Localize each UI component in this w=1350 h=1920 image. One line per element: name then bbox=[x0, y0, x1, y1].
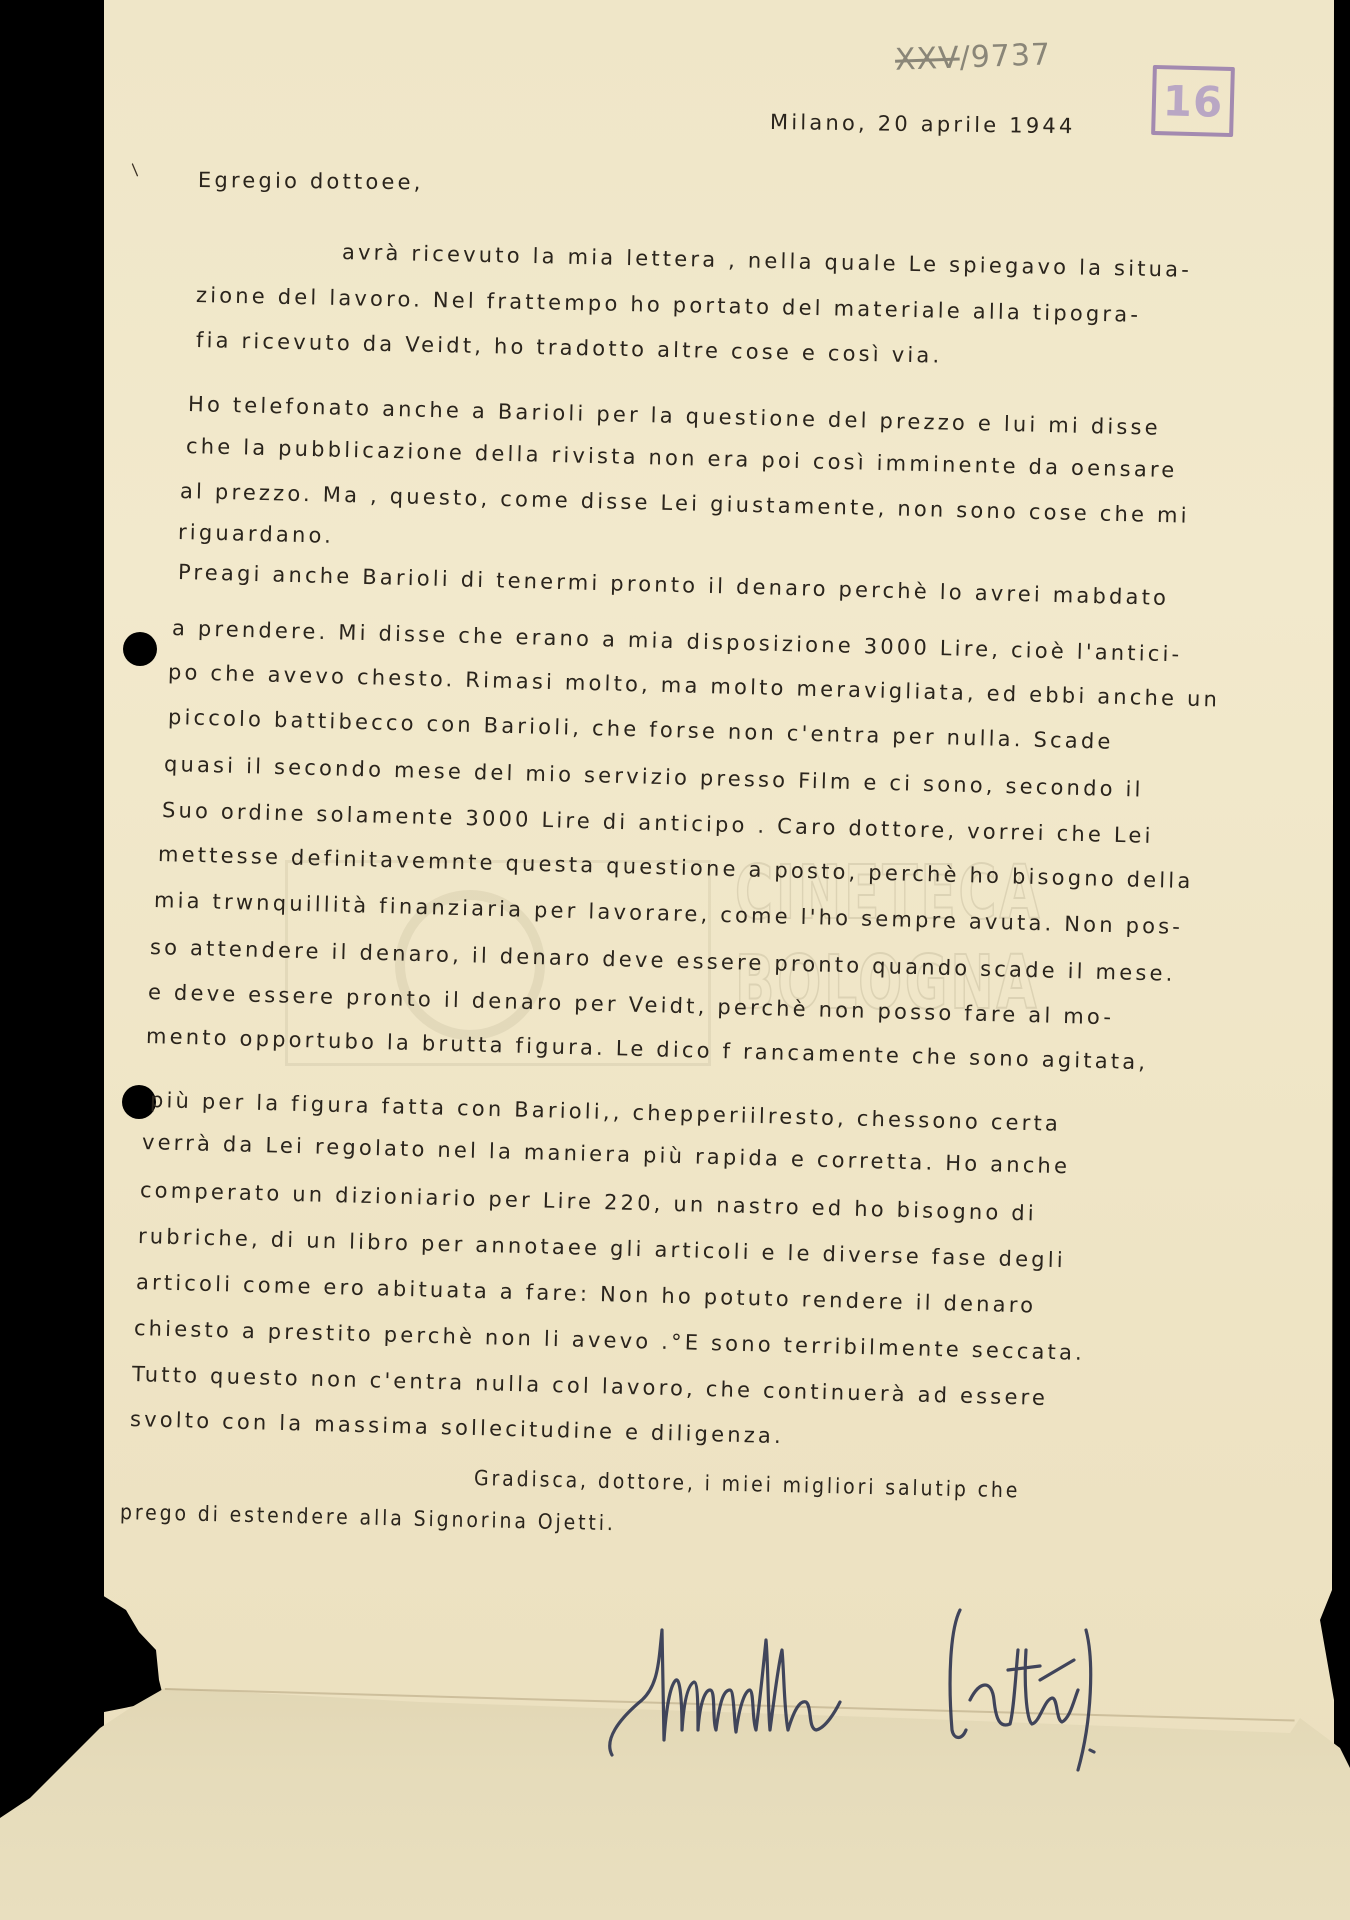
handwritten-signature: Manuela Cattaneo (handwritten signature) bbox=[600, 1590, 1260, 1790]
archive-reference-number: 9737 bbox=[970, 37, 1052, 75]
salutation: Egregio dottoee, bbox=[198, 168, 424, 194]
stamp-number: 16 bbox=[1162, 76, 1224, 127]
page-number-stamp: 16 bbox=[1151, 65, 1235, 137]
archive-reference: XXV/9737 bbox=[894, 37, 1051, 77]
body-line: riguardano. bbox=[178, 520, 335, 548]
dateline: Milano, 20 aprile 1944 bbox=[770, 110, 1076, 138]
signature-scribble-icon bbox=[600, 1590, 1260, 1790]
archive-reference-struck-prefix: XXV bbox=[894, 40, 960, 77]
scan-background: XXV/9737 16 CINETECA BOLOGNA / Milano, 2… bbox=[0, 0, 1350, 1920]
punch-hole-icon bbox=[123, 632, 157, 666]
